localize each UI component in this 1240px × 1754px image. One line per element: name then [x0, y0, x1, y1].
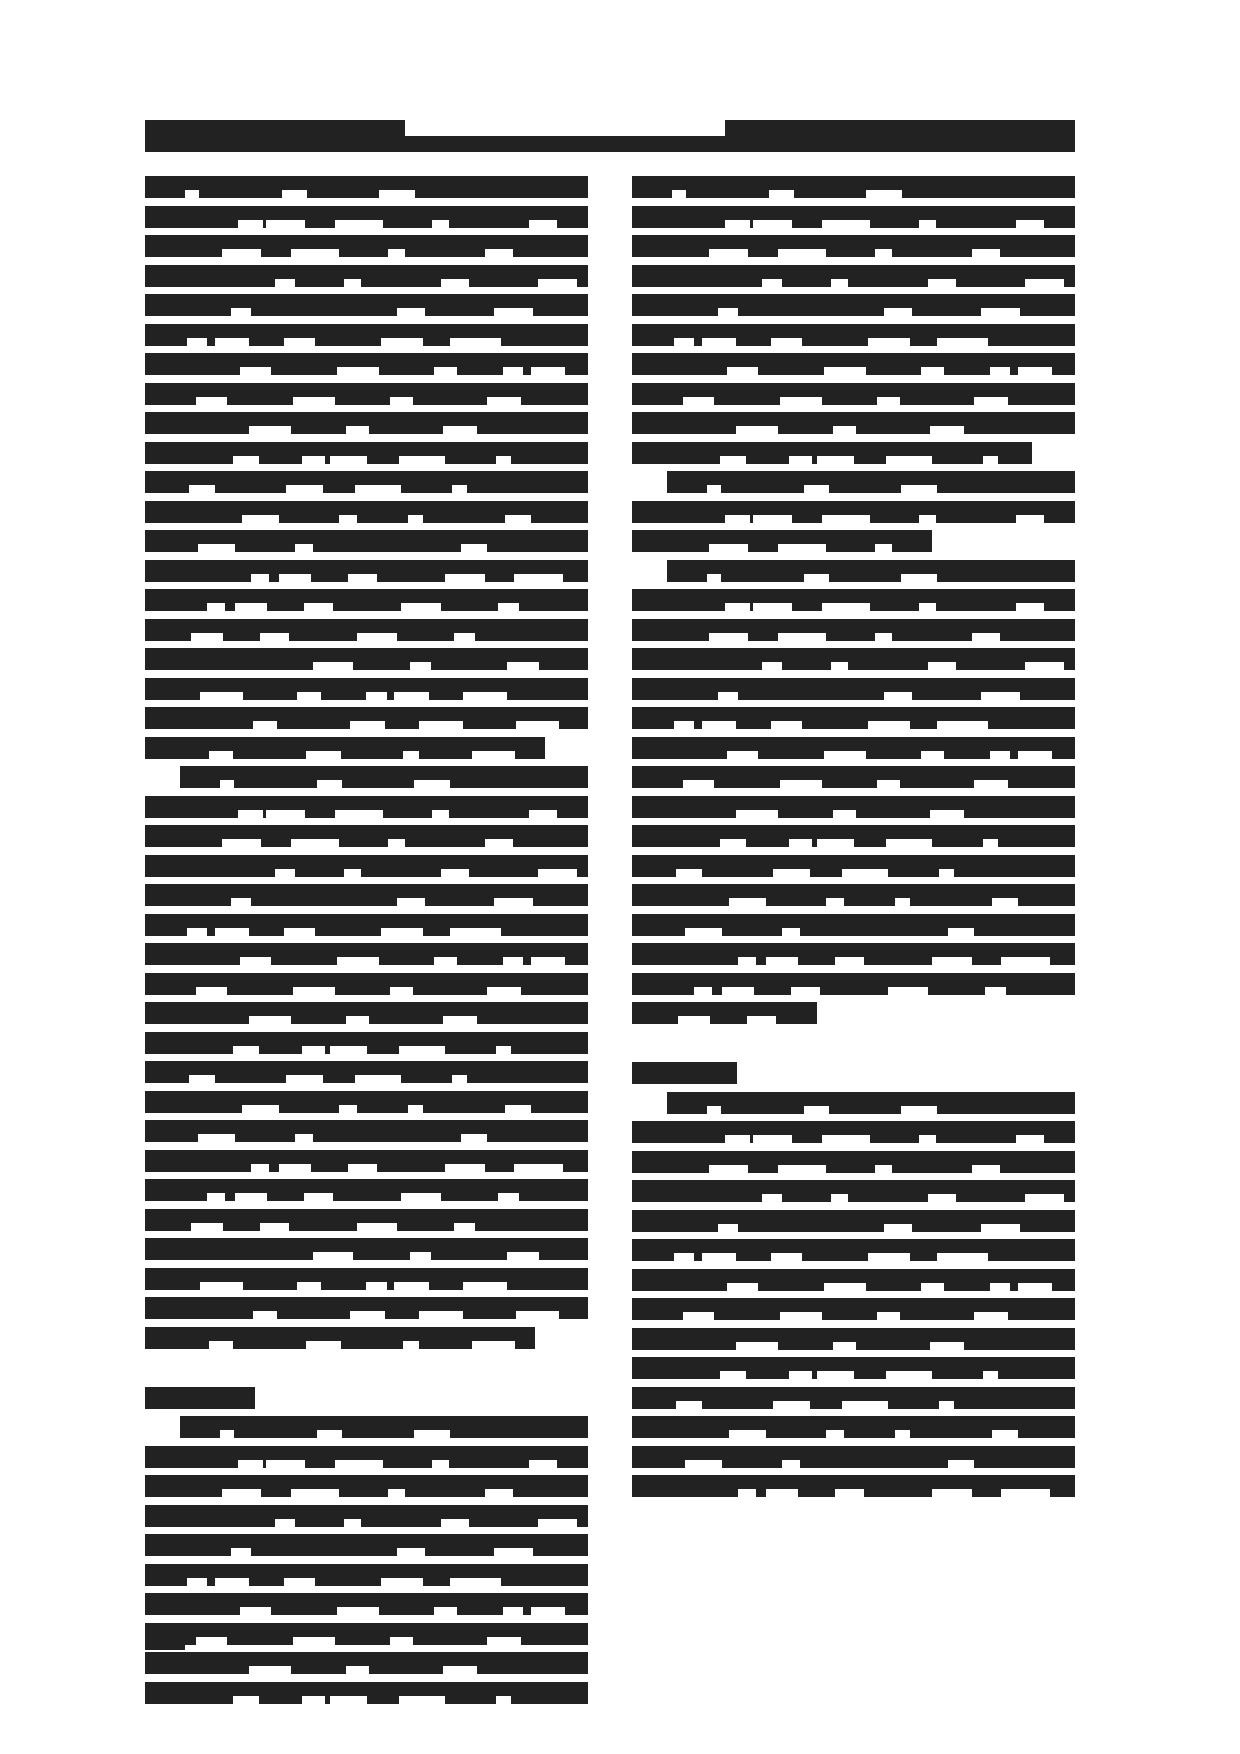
redacted-text-line [632, 412, 1075, 434]
redacted-text-line [145, 1120, 588, 1142]
redacted-text-line [145, 265, 588, 287]
redacted-text-line [145, 1150, 588, 1172]
right-column [632, 176, 1075, 1505]
running-header-right-redacted [725, 120, 1075, 152]
redacted-text-line [145, 707, 588, 729]
redacted-text-line [632, 235, 1075, 257]
redacted-text-line [145, 796, 588, 818]
redacted-text-line [145, 501, 588, 523]
redacted-text-line [632, 707, 1075, 729]
redacted-text-line [145, 1297, 588, 1319]
redacted-text-line [632, 737, 1075, 759]
redacted-text-line [632, 1357, 1075, 1379]
section-heading-redacted [632, 1062, 737, 1084]
redacted-text-line [632, 1210, 1075, 1232]
redacted-text-line [632, 265, 1075, 287]
redacted-text-line [145, 1032, 588, 1054]
redacted-text-line [145, 1534, 588, 1556]
running-header-left-redacted [145, 120, 405, 136]
redacted-text-line [145, 1652, 588, 1674]
redacted-text-line [145, 1475, 588, 1497]
redacted-text-line [632, 766, 1075, 788]
page-number-redacted [145, 1632, 185, 1650]
document-page [0, 0, 1240, 1754]
redacted-text-line [145, 678, 588, 700]
redacted-text-line [145, 914, 588, 936]
redacted-text-line [632, 324, 1075, 346]
redacted-text-line [145, 973, 588, 995]
redacted-text-line [632, 1328, 1075, 1350]
redacted-text-line [667, 471, 1075, 493]
redacted-text-line [145, 648, 588, 670]
redacted-text-line [632, 678, 1075, 700]
redacted-text-line [145, 383, 588, 405]
redacted-text-line [667, 1092, 1075, 1114]
redacted-text-line [145, 1623, 588, 1645]
redacted-text-line [632, 855, 1075, 877]
redacted-text-line [632, 1151, 1075, 1173]
redacted-text-line [145, 442, 588, 464]
redacted-text-line [632, 501, 1075, 523]
redacted-text-line [632, 206, 1075, 228]
redacted-text-line [145, 1446, 588, 1468]
redacted-text-line [145, 737, 545, 759]
redacted-text-line [145, 1238, 588, 1260]
redacted-text-line [145, 825, 588, 847]
redacted-text-line [145, 1179, 588, 1201]
redacted-text-line [145, 884, 588, 906]
redacted-text-line [145, 324, 588, 346]
redacted-text-line [145, 471, 588, 493]
left-column [145, 176, 588, 1711]
redacted-text-line [632, 1269, 1075, 1291]
redacted-text-line [145, 619, 588, 641]
redacted-text-line [632, 796, 1075, 818]
redacted-text-line [632, 353, 1075, 375]
redacted-text-line [632, 442, 1032, 464]
redacted-text-line [632, 383, 1075, 405]
redacted-text-line [145, 1564, 588, 1586]
redacted-text-line [145, 530, 588, 552]
redacted-text-line [632, 1298, 1075, 1320]
redacted-text-line [145, 412, 588, 434]
redacted-text-line [145, 1327, 535, 1349]
redacted-text-line [632, 1239, 1075, 1261]
redacted-text-line [632, 619, 1075, 641]
redacted-text-line [667, 560, 1075, 582]
redacted-text-line [145, 206, 588, 228]
redacted-text-line [180, 1416, 588, 1438]
redacted-text-line [632, 825, 1075, 847]
redacted-text-line [632, 1416, 1075, 1438]
redacted-text-line [145, 855, 588, 877]
redacted-text-line [632, 530, 932, 552]
redacted-text-line [145, 1268, 588, 1290]
redacted-text-line [632, 973, 1075, 995]
redacted-text-line [145, 353, 588, 375]
redacted-text-line [632, 294, 1075, 316]
redacted-text-line [145, 1061, 588, 1083]
redacted-text-line [632, 1387, 1075, 1409]
redacted-text-line [632, 914, 1075, 936]
redacted-text-line [145, 1091, 588, 1113]
redacted-text-line [145, 560, 588, 582]
redacted-text-line [145, 1682, 588, 1704]
redacted-text-line [632, 1121, 1075, 1143]
redacted-text-line [145, 589, 588, 611]
redacted-text-line [145, 1209, 588, 1231]
redacted-text-line [632, 1446, 1075, 1468]
redacted-text-line [145, 235, 588, 257]
redacted-text-line [145, 1002, 588, 1024]
redacted-text-line [632, 1002, 817, 1024]
section-heading-redacted [145, 1387, 255, 1409]
redacted-text-line [632, 1180, 1075, 1202]
redacted-text-line [145, 294, 588, 316]
redacted-text-line [145, 176, 588, 198]
redacted-text-line [180, 766, 588, 788]
redacted-text-line [145, 943, 588, 965]
redacted-text-line [145, 1505, 588, 1527]
redacted-text-line [632, 884, 1075, 906]
redacted-text-line [632, 648, 1075, 670]
redacted-text-line [145, 1593, 588, 1615]
redacted-text-line [632, 176, 1075, 198]
redacted-text-line [632, 1475, 1075, 1497]
redacted-text-line [632, 589, 1075, 611]
redacted-text-line [632, 943, 1075, 965]
